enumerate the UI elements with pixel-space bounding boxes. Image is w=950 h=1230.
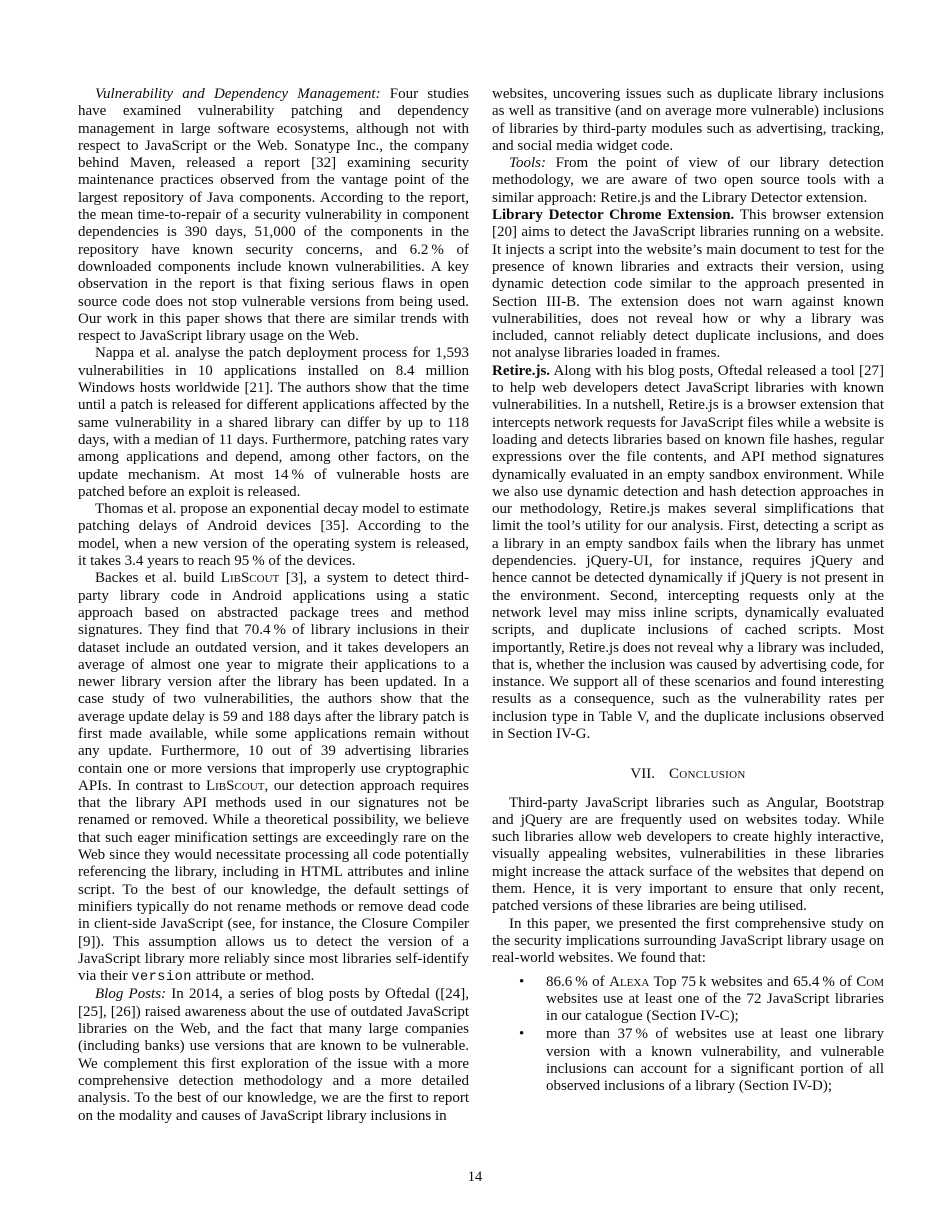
text-run: In 2014, a series of blog posts by Ofted… [78,986,469,1123]
paragraph-library-detector: Library Detector Chrome Extension. This … [492,207,884,363]
text-run: , our detection approach requires that t… [78,778,469,984]
paragraph-websites-continuation: websites, uncovering issues such as dupl… [492,86,884,155]
text-run: Library Detector Chrome Extension. [492,207,734,223]
page-number: 14 [0,1169,950,1186]
text-run: This browser extension [20] aims to dete… [492,207,884,361]
bullet-item-vulnerable-versions: more than 37 % of websites use at least … [546,1026,884,1095]
text-run: Vulnerability and Dependency Management: [95,86,381,102]
text-run: Thomas et al. propose an exponential dec… [78,501,469,569]
paragraph-retirejs: Retire.js. Along with his blog posts, Of… [492,363,884,744]
right-column: websites, uncovering issues such as dupl… [492,86,884,1097]
text-run: Backes et al. build [95,570,221,586]
paragraph-blog-posts: Blog Posts: In 2014, a series of blog po… [78,986,469,1124]
text-run: From the point of view of our library de… [492,155,884,206]
text-run: Along with his blog posts, Oftedal relea… [492,363,884,742]
text-run: 86.6 % of [546,974,609,990]
text-run: websites, uncovering issues such as dupl… [492,86,884,154]
paragraph-backes-libscout: Backes et al. build LibScout [3], a syst… [78,570,469,986]
text-run: Tools: [509,155,546,171]
paragraph-conclusion-intro: Third-party JavaScript libraries such as… [492,795,884,916]
paragraph-nappa: Nappa et al. analyse the patch deploymen… [78,345,469,501]
conclusion-bullet-list: 86.6 % of Alexa Top 75 k websites and 65… [492,974,884,1096]
left-column: Vulnerability and Dependency Management:… [78,86,469,1125]
text-run: Nappa et al. analyse the patch deploymen… [78,345,469,499]
section-heading-conclusion: VII.Conclusion [492,766,884,783]
bullet-item-alexa-com-usage: 86.6 % of Alexa Top 75 k websites and 65… [546,974,884,1026]
text-run: Third-party JavaScript libraries such as… [492,795,884,915]
text-run: Com [856,974,884,990]
text-run: version [131,970,192,985]
section-number: VII. [630,766,655,782]
text-run: websites use at least one of the 72 Java… [546,991,884,1024]
text-run: In this paper, we presented the first co… [492,916,884,967]
text-run: attribute or method. [192,968,314,984]
text-run: LibScout [206,778,264,794]
text-run: Alexa [609,974,649,990]
paragraph-conclusion-summary: In this paper, we presented the first co… [492,916,884,968]
text-run: Retire.js. [492,363,550,379]
paper-page: Vulnerability and Dependency Management:… [0,0,950,1230]
text-run: Top 75 k websites and 65.4 % of [649,974,856,990]
text-run: more than 37 % of websites use at least … [546,1026,884,1094]
text-run: Four studies have examined vulnerability… [78,86,469,344]
paragraph-vulnerability-dependency-management: Vulnerability and Dependency Management:… [78,86,469,345]
section-title: Conclusion [669,766,746,782]
paragraph-thomas: Thomas et al. propose an exponential dec… [78,501,469,570]
text-run: [3], a system to detect third-party libr… [78,570,469,794]
paragraph-tools: Tools: From the point of view of our lib… [492,155,884,207]
text-run: Blog Posts: [95,986,166,1002]
text-run: LibScout [221,570,279,586]
